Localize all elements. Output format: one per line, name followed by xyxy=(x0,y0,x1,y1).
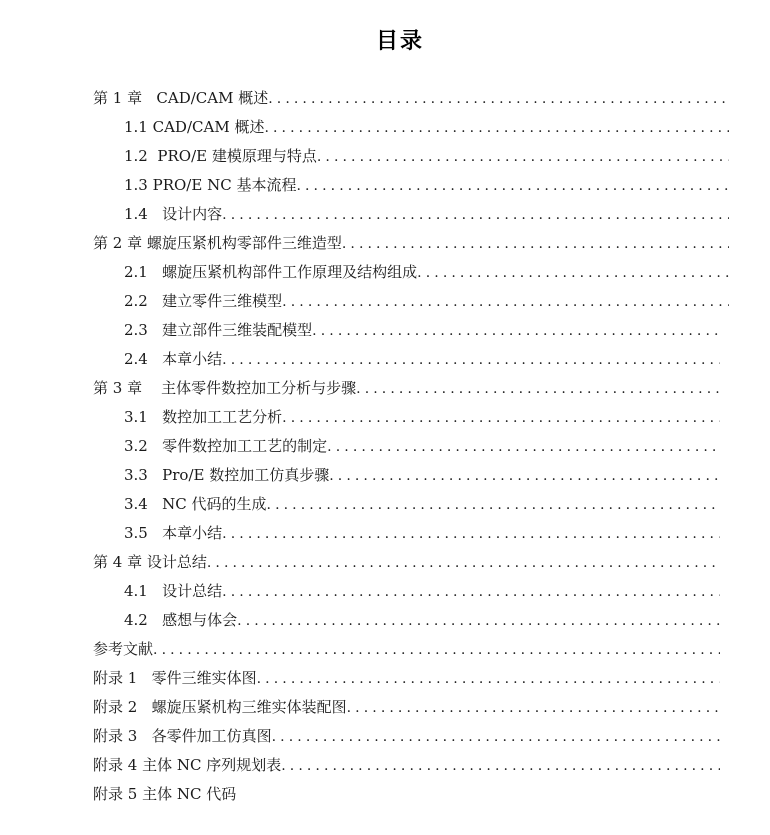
dot-leader xyxy=(356,377,720,400)
dot-leader xyxy=(329,464,720,487)
toc-entry-label: 2.4 本章小结 xyxy=(124,347,222,371)
toc-entry-1-1[interactable]: 1.1 CAD/CAM 概述 xyxy=(124,115,729,139)
dot-leader xyxy=(327,435,720,458)
toc-entry-label: 第 3 章 主体零件数控加工分析与步骤 xyxy=(93,376,356,400)
toc-entry-1-4[interactable]: 1.4 设计内容 xyxy=(124,202,729,226)
toc-entry-label: 第 1 章 CAD/CAM 概述 xyxy=(93,86,268,110)
toc-entry-3-5[interactable]: 3.5 本章小结 xyxy=(124,521,720,545)
toc-entry-3-1[interactable]: 3.1 数控加工工艺分析 xyxy=(124,405,720,429)
toc-entry-label: 附录 5 主体 NC 代码 xyxy=(93,782,236,806)
dot-leader xyxy=(282,406,720,429)
toc-entry-label: 3.1 数控加工工艺分析 xyxy=(124,405,282,429)
toc-entry-label: 2.3 建立部件三维装配模型 xyxy=(124,318,312,342)
toc-entry-label: 1.1 CAD/CAM 概述 xyxy=(124,115,264,139)
toc-entry-label: 1.2 PRO/E 建模原理与特点 xyxy=(124,144,317,168)
dot-leader xyxy=(268,87,729,110)
dot-leader xyxy=(312,319,720,342)
dot-leader xyxy=(257,667,720,690)
toc-entry-chapter-3[interactable]: 第 3 章 主体零件数控加工分析与步骤 xyxy=(93,376,720,400)
toc-entry-4-1[interactable]: 4.1 设计总结 xyxy=(124,579,720,603)
dot-leader xyxy=(222,522,720,545)
toc-entry-1-2[interactable]: 1.2 PRO/E 建模原理与特点 xyxy=(124,144,729,168)
toc-entry-2-3[interactable]: 2.3 建立部件三维装配模型 xyxy=(124,318,720,342)
toc-entry-appendix-1[interactable]: 附录 1 零件三维实体图 xyxy=(93,666,720,690)
dot-leader xyxy=(317,145,729,168)
toc-entry-label: 3.2 零件数控加工工艺的制定 xyxy=(124,434,327,458)
toc-entry-chapter-1[interactable]: 第 1 章 CAD/CAM 概述 xyxy=(93,86,729,110)
dot-leader xyxy=(207,551,720,574)
dot-leader xyxy=(272,725,720,748)
toc-entry-1-3[interactable]: 1.3 PRO/E NC 基本流程 xyxy=(124,173,729,197)
toc-entry-label: 4.2 感想与体会 xyxy=(124,608,237,632)
toc-entry-appendix-3[interactable]: 附录 3 各零件加工仿真图 xyxy=(93,724,720,748)
toc-entry-2-2[interactable]: 2.2 建立零件三维模型 xyxy=(124,289,729,313)
toc-entry-label: 附录 2 螺旋压紧机构三维实体装配图 xyxy=(93,695,347,719)
toc-entry-chapter-4[interactable]: 第 4 章 设计总结 xyxy=(93,550,720,574)
dot-leader xyxy=(347,696,720,719)
toc-entry-label: 4.1 设计总结 xyxy=(124,579,222,603)
dot-leader xyxy=(222,580,720,603)
toc-entry-label: 第 4 章 设计总结 xyxy=(93,550,207,574)
toc-entry-label: 附录 3 各零件加工仿真图 xyxy=(93,724,272,748)
dot-leader xyxy=(296,174,729,197)
toc-entry-label: 1.4 设计内容 xyxy=(124,202,222,226)
toc-entry-appendix-4[interactable]: 附录 4 主体 NC 序列规划表 xyxy=(93,753,720,777)
page-title: 目录 xyxy=(0,24,770,55)
toc-entry-label: 第 2 章 螺旋压紧机构零部件三维造型 xyxy=(93,231,342,255)
toc-entry-appendix-5[interactable]: 附录 5 主体 NC 代码 xyxy=(93,782,236,806)
dot-leader xyxy=(417,261,729,284)
toc-entry-references[interactable]: 参考文献 xyxy=(93,637,720,661)
toc-entry-label: 3.4 NC 代码的生成 xyxy=(124,492,267,516)
toc-entry-label: 附录 1 零件三维实体图 xyxy=(93,666,257,690)
dot-leader xyxy=(237,609,720,632)
dot-leader xyxy=(153,638,720,661)
toc-entry-label: 3.3 Pro/E 数控加工仿真步骤 xyxy=(124,463,329,487)
toc-entry-label: 1.3 PRO/E NC 基本流程 xyxy=(124,173,296,197)
dot-leader xyxy=(281,754,720,777)
toc-entry-label: 附录 4 主体 NC 序列规划表 xyxy=(93,753,281,777)
toc-entry-3-3[interactable]: 3.3 Pro/E 数控加工仿真步骤 xyxy=(124,463,720,487)
toc-entry-chapter-2[interactable]: 第 2 章 螺旋压紧机构零部件三维造型 xyxy=(93,231,729,255)
toc-entry-appendix-2[interactable]: 附录 2 螺旋压紧机构三维实体装配图 xyxy=(93,695,720,719)
dot-leader xyxy=(282,290,729,313)
toc-entry-2-4[interactable]: 2.4 本章小结 xyxy=(124,347,720,371)
dot-leader xyxy=(342,232,729,255)
toc-entry-3-4[interactable]: 3.4 NC 代码的生成 xyxy=(124,492,720,516)
dot-leader xyxy=(264,116,729,139)
toc-entry-label: 2.1 螺旋压紧机构部件工作原理及结构组成 xyxy=(124,260,417,284)
toc-entry-3-2[interactable]: 3.2 零件数控加工工艺的制定 xyxy=(124,434,720,458)
toc-entry-label: 参考文献 xyxy=(93,637,153,661)
toc-entry-2-1[interactable]: 2.1 螺旋压紧机构部件工作原理及结构组成 xyxy=(124,260,729,284)
toc-entry-label: 3.5 本章小结 xyxy=(124,521,222,545)
dot-leader xyxy=(222,348,720,371)
dot-leader xyxy=(222,203,729,226)
dot-leader xyxy=(267,493,720,516)
toc-entry-label: 2.2 建立零件三维模型 xyxy=(124,289,282,313)
toc-entry-4-2[interactable]: 4.2 感想与体会 xyxy=(124,608,720,632)
